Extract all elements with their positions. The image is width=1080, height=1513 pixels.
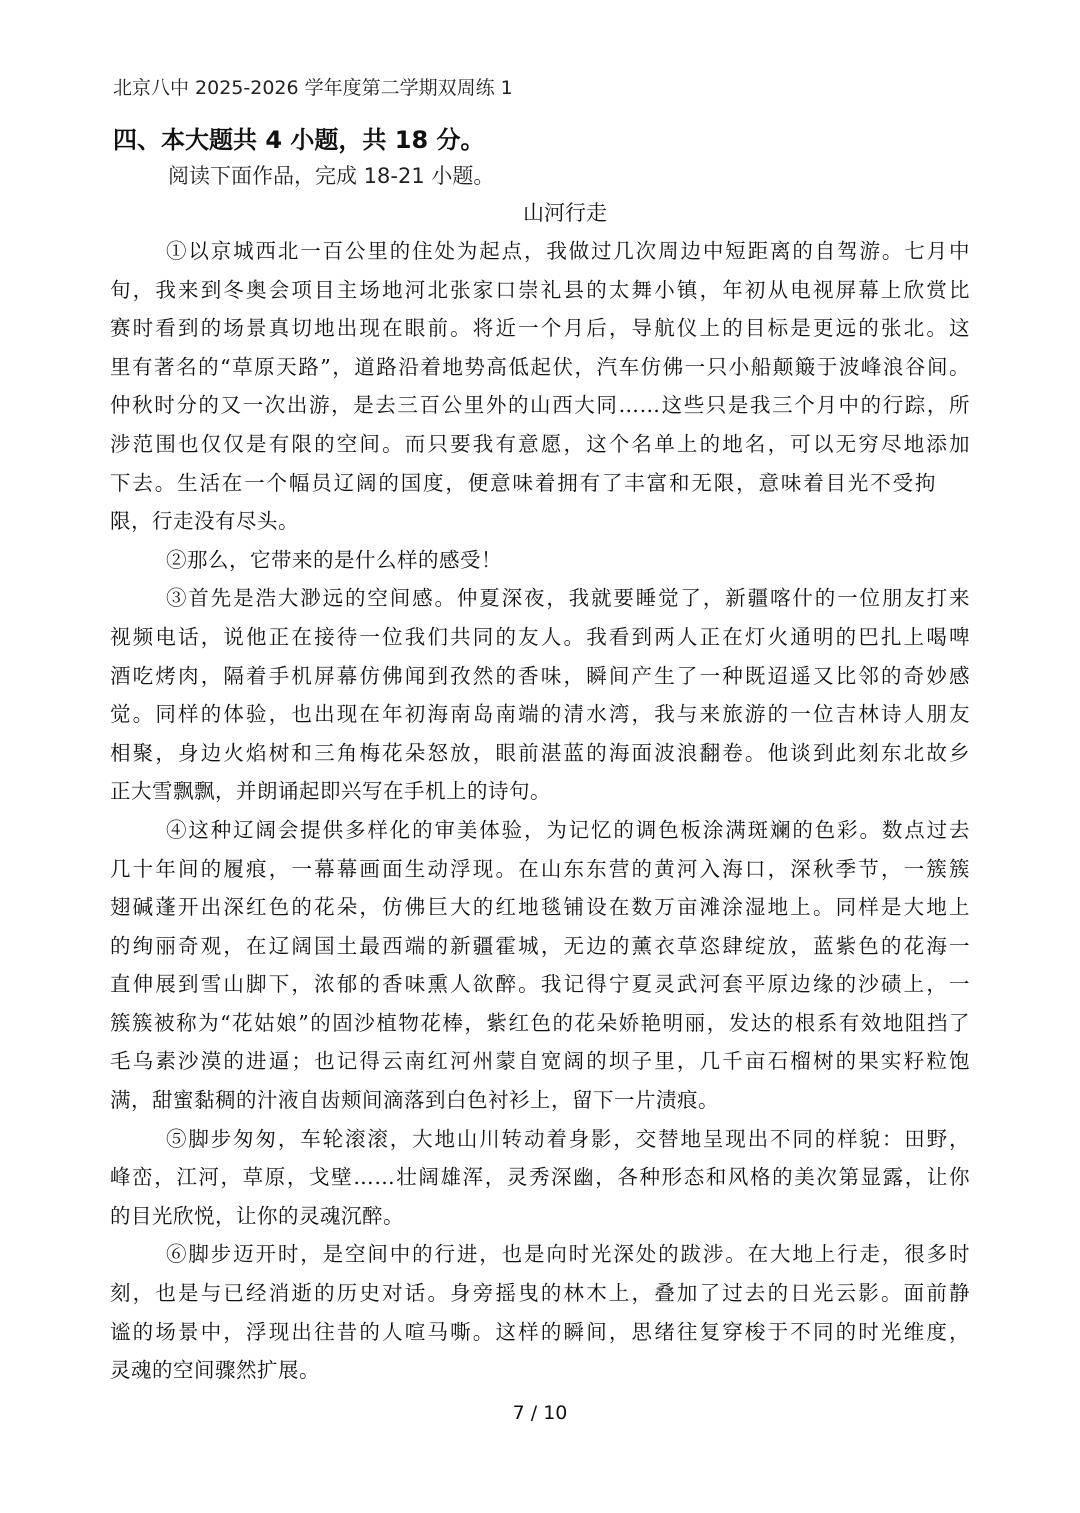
page-number: 7 / 10 xyxy=(0,1402,1080,1424)
text-line: 相聚，身边火焰树和三角梅花朵怒放，眼前湛蓝的海面波浪翻卷。他谈到此刻东北故乡 xyxy=(110,734,970,773)
text-line: 的目光欣悦，让你的灵魂沉醉。 xyxy=(110,1197,970,1236)
paragraph-1: ①以京城西北一百公里的住处为起点，我做过几次周边中短距离的自驾游。七月中 旬，我… xyxy=(110,232,970,541)
text-line: 毛乌素沙漠的进逼；也记得云南红河州蒙自宽阔的坝子里，几千亩石榴树的果实籽粒饱 xyxy=(110,1042,970,1081)
paragraph-5: ⑤脚步匆匆，车轮滚滚，大地山川转动着身影，交替地呈现出不同的样貌：田野， 峰峦，… xyxy=(110,1120,970,1236)
paragraph-4: ④这种辽阔会提供多样化的审美体验，为记忆的调色板涂满斑斓的色彩。数点过去 几十年… xyxy=(110,811,970,1120)
section-title: 四、本大题共 4 小题，共 18 分。 xyxy=(113,120,485,155)
text-line: 翅碱蓬开出深红色的花朵，仿佛巨大的红地毯铺设在数万亩滩涂湿地上。同样是大地上 xyxy=(110,888,970,927)
text-line: 簇簇被称为“花姑娘”的固沙植物花棒，紫红色的花朵娇艳明丽，发达的根系有效地阻挡了 xyxy=(110,1004,970,1043)
text-line: ③首先是浩大渺远的空间感。仲夏深夜，我就要睡觉了，新疆喀什的一位朋友打来 xyxy=(110,579,970,618)
text-line: ④这种辽阔会提供多样化的审美体验，为记忆的调色板涂满斑斓的色彩。数点过去 xyxy=(110,811,970,850)
text-line: 正大雪飘飘，并朗诵起即兴写在手机上的诗句。 xyxy=(110,772,970,811)
reading-instruction: 阅读下面作品，完成 18-21 小题。 xyxy=(168,160,494,190)
exam-header: 北京八中 2025-2026 学年度第二学期双周练 1 xyxy=(113,73,513,100)
text-line: 视频电话，说他正在接待一位我们共同的友人。我看到两人正在灯火通明的巴扎上喝啤 xyxy=(110,618,970,657)
text-line: 里有著名的“草原天路”，道路沿着地势高低起伏，汽车仿佛一只小船颠簸于波峰浪谷间。 xyxy=(110,348,970,387)
text-line: 涉范围也仅仅是有限的空间。而只要我有意愿，这个名单上的地名，可以无穷尽地添加 xyxy=(110,425,970,464)
text-line: ①以京城西北一百公里的住处为起点，我做过几次周边中短距离的自驾游。七月中 xyxy=(110,232,970,271)
text-line: 峰峦，江河，草原，戈壁……壮阔雄浑，灵秀深幽，各种形态和风格的美次第显露，让你 xyxy=(110,1158,970,1197)
text-line: 仲秋时分的又一次出游，是去三百公里外的山西大同……这些只是我三个月中的行踪，所 xyxy=(110,386,970,425)
text-line: 赛时看到的场景真切地出现在眼前。将近一个月后，导航仪上的目标是更远的张北。这 xyxy=(110,309,970,348)
text-line: 谧的场景中，浮现出往昔的人喧马嘶。这样的瞬间，思绪往复穿梭于不同的时光维度， xyxy=(110,1313,970,1352)
paragraph-2: ②那么，它带来的是什么样的感受！ xyxy=(110,541,970,580)
article-body: ①以京城西北一百公里的住处为起点，我做过几次周边中短距离的自驾游。七月中 旬，我… xyxy=(110,232,970,1390)
text-line: ②那么，它带来的是什么样的感受！ xyxy=(110,541,970,580)
text-line: 刻，也是与已经消逝的历史对话。身旁摇曳的林木上，叠加了过去的日光云影。面前静 xyxy=(110,1274,970,1313)
text-line: 限，行走没有尽头。 xyxy=(110,502,970,541)
text-line: 觉。同样的体验，也出现在年初海南岛南端的清水湾，我与来旅游的一位吉林诗人朋友 xyxy=(110,695,970,734)
text-line: 几十年间的履痕，一幕幕画面生动浮现。在山东东营的黄河入海口，深秋季节，一簇簇 xyxy=(110,850,970,889)
text-line: 酒吃烤肉，隔着手机屏幕仿佛闻到孜然的香味，瞬间产生了一种既迢遥又比邻的奇妙感 xyxy=(110,657,970,696)
article-title: 山河行走 xyxy=(0,197,1080,227)
text-line: 灵魂的空间骤然扩展。 xyxy=(110,1351,970,1390)
text-line: 满，甜蜜黏稠的汁液自齿颊间滴落到白色衬衫上，留下一片渍痕。 xyxy=(110,1081,970,1120)
text-line: 直伸展到雪山脚下，浓郁的香味熏人欲醉。我记得宁夏灵武河套平原边缘的沙碛上，一 xyxy=(110,965,970,1004)
text-line: 的绚丽奇观，在辽阔国土最西端的新疆霍城，无边的薰衣草恣肆绽放，蓝紫色的花海一 xyxy=(110,927,970,966)
text-line: 旬，我来到冬奥会项目主场地河北张家口崇礼县的太舞小镇，年初从电视屏幕上欣赏比 xyxy=(110,271,970,310)
paragraph-3: ③首先是浩大渺远的空间感。仲夏深夜，我就要睡觉了，新疆喀什的一位朋友打来 视频电… xyxy=(110,579,970,811)
text-line: 下去。生活在一个幅员辽阔的国度，便意味着拥有了丰富和无限，意味着目光不受拘 xyxy=(110,464,936,503)
paragraph-6: ⑥脚步迈开时，是空间中的行进，也是向时光深处的跋涉。在大地上行走，很多时 刻，也… xyxy=(110,1235,970,1389)
text-line: ⑥脚步迈开时，是空间中的行进，也是向时光深处的跋涉。在大地上行走，很多时 xyxy=(110,1235,970,1274)
text-line: ⑤脚步匆匆，车轮滚滚，大地山川转动着身影，交替地呈现出不同的样貌：田野， xyxy=(110,1120,970,1159)
